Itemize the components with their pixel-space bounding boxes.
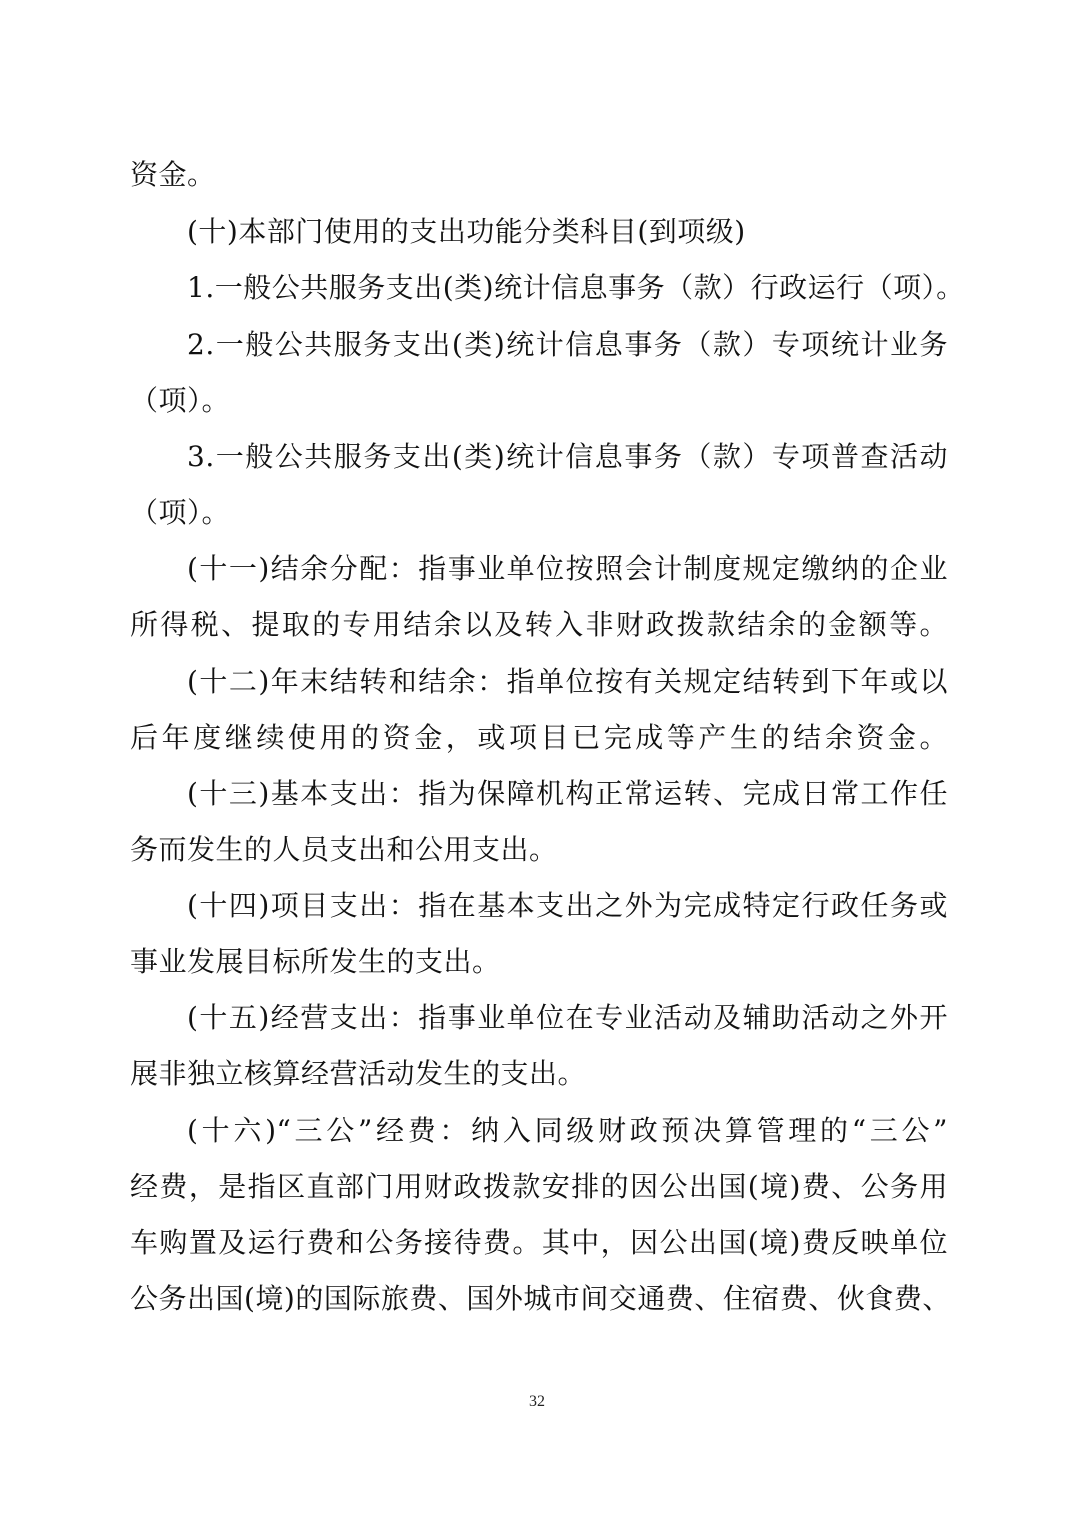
text-line: 所得税、提取的专用结余以及转入非财政拨款结余的金额等。 [130, 605, 948, 645]
text-line: 展非独立核算经营活动发生的支出。 [130, 1054, 948, 1094]
text-line: 经费，是指区直部门用财政拨款安排的因公出国(境)费、公务用 [130, 1167, 948, 1207]
section-14: (十四)项目支出：指在基本支出之外为完成特定行政任务或 [187, 886, 948, 926]
text-line: 后年度继续使用的资金，或项目已完成等产生的结余资金。 [130, 718, 948, 758]
text-line: 务而发生的人员支出和公用支出。 [130, 830, 948, 870]
list-item-3: 3.一般公共服务支出(类)统计信息事务（款）专项普查活动 [187, 437, 948, 477]
text-line: 公务出国(境)的国际旅费、国外城市间交通费、住宿费、伙食费、 [130, 1279, 948, 1319]
text-line: 资金。 [130, 155, 948, 195]
text-line: （项）。 [130, 381, 948, 421]
list-item-1: 1.一般公共服务支出(类)统计信息事务（款）行政运行（项）。 [187, 268, 948, 308]
text-line: 事业发展目标所发生的支出。 [130, 942, 948, 982]
section-15: (十五)经营支出：指事业单位在专业活动及辅助活动之外开 [187, 998, 948, 1038]
section-16: (十六)“三公”经费：纳入同级财政预决算管理的“三公” [187, 1111, 948, 1151]
section-13: (十三)基本支出：指为保障机构正常运转、完成日常工作任 [187, 774, 948, 814]
document-page: 资金。 (十)本部门使用的支出功能分类科目(到项级) 1.一般公共服务支出(类)… [0, 0, 1074, 1520]
text-line: 车购置及运行费和公务接待费。其中，因公出国(境)费反映单位 [130, 1223, 948, 1263]
section-heading-10: (十)本部门使用的支出功能分类科目(到项级) [187, 212, 948, 252]
section-11: (十一)结余分配：指事业单位按照会计制度规定缴纳的企业 [187, 549, 948, 589]
page-number: 32 [0, 1393, 1074, 1411]
text-line: （项）。 [130, 493, 948, 533]
section-12: (十二)年末结转和结余：指单位按有关规定结转到下年或以 [187, 662, 948, 702]
list-item-2: 2.一般公共服务支出(类)统计信息事务（款）专项统计业务 [187, 325, 948, 365]
